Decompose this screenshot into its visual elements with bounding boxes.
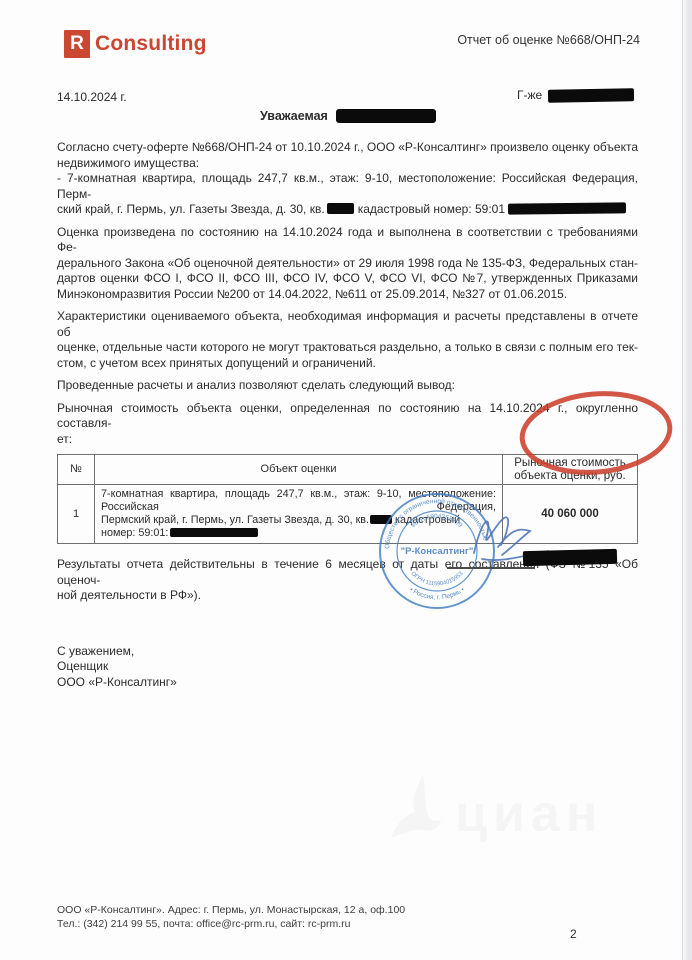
text-line: недвижимого имущества: xyxy=(57,156,638,172)
text-line: Проведенные расчеты и анализ позволяют с… xyxy=(57,378,638,394)
addressee-line: Г-же xyxy=(517,88,634,102)
company-logo: R Consulting xyxy=(64,30,207,58)
text-fragment: кадастровый номер: 59:01 xyxy=(358,202,505,216)
logo-r-icon: R xyxy=(64,30,90,58)
redaction-bar xyxy=(336,109,436,123)
text-line: Рыночная стоимость xyxy=(507,457,633,470)
text-line: оценке, отдельные части которого не могу… xyxy=(57,340,638,356)
text-line: ет: xyxy=(57,432,638,448)
page-number: 2 xyxy=(570,927,577,941)
col-header-object: Объект оценки xyxy=(95,455,503,485)
closing-block: С уважением, Оценщик ООО «Р-Консалтинг» xyxy=(57,644,638,691)
paragraph-market-value: Рыночная стоимость объекта оценки, опред… xyxy=(57,401,638,448)
footer-address: ООО «Р-Консалтинг». Адрес: г. Пермь, ул.… xyxy=(57,903,405,917)
redaction-bar xyxy=(327,203,354,214)
watermark: циан xyxy=(385,768,680,858)
watermark-bird-icon xyxy=(385,768,455,858)
page-edge-shadow xyxy=(682,0,692,960)
letter-date: 14.10.2024 г. xyxy=(57,90,127,104)
text-line: объекта оценки, руб. xyxy=(507,470,633,483)
salutation-text: Уважаемая xyxy=(260,109,328,123)
redaction-bar xyxy=(523,549,617,566)
paragraph-legal: Оценка произведена по состоянию на 14.10… xyxy=(57,225,638,303)
closing-regards: С уважением, xyxy=(57,644,638,660)
text-line: - 7-комнатная квартира, площадь 247,7 кв… xyxy=(57,171,638,202)
text-line: стом, с учетом всех принятых допущений и… xyxy=(57,356,638,372)
text-line: Минэкономразвития России №200 от 14.04.2… xyxy=(57,287,638,303)
redaction-bar xyxy=(548,88,634,102)
redaction-bar xyxy=(508,202,626,214)
cell-number: 1 xyxy=(58,485,95,544)
paragraph-characteristics: Характеристики оцениваемого объекта, нео… xyxy=(57,309,638,371)
footer: ООО «Р-Консалтинг». Адрес: г. Пермь, ул.… xyxy=(57,903,405,931)
text-fragment: ский край, г. Пермь, ул. Газеты Звезда, … xyxy=(57,202,325,216)
text-line: Согласно счету-оферте №668/ОНП-24 от 10.… xyxy=(57,140,638,156)
text-line: Рыночная стоимость объекта оценки, опред… xyxy=(57,401,638,432)
redaction-bar xyxy=(170,528,258,537)
text-line: дерального Закона «Об оценочной деятельн… xyxy=(57,256,638,272)
text-line: ной деятельности в РФ»). xyxy=(57,588,638,604)
logo-wordmark: Consulting xyxy=(95,32,207,56)
stamp-ring-bottom-text: • Россия, г. Пермь • xyxy=(408,586,466,601)
text-line: ский край, г. Пермь, ул. Газеты Звезда, … xyxy=(57,202,638,218)
paragraph-offer: Согласно счету-оферте №668/ОНП-24 от 10.… xyxy=(57,140,638,218)
col-header-value: Рыночная стоимость объекта оценки, руб. xyxy=(503,455,638,485)
footer-contacts: Тел.: (342) 214 99 55, почта: office@rc-… xyxy=(57,917,405,931)
table-header-row: № Объект оценки Рыночная стоимость объек… xyxy=(58,455,638,485)
text-line: Характеристики оцениваемого объекта, нео… xyxy=(57,309,638,340)
col-header-number: № xyxy=(58,455,95,485)
watermark-text: циан xyxy=(455,784,603,844)
text-line: дартов оценки ФСО I, ФСО II, ФСО III, ФС… xyxy=(57,271,638,287)
text-line: Оценка произведена по состоянию на 14.10… xyxy=(57,225,638,256)
salutation-line: Уважаемая xyxy=(260,109,436,123)
letter-body: Согласно счету-оферте №668/ОНП-24 от 10.… xyxy=(57,140,638,690)
closing-role: Оценщик xyxy=(57,659,638,675)
document-page: R Consulting Отчет об оценке №668/ОНП-24… xyxy=(0,0,692,960)
paragraph-conclusion-intro: Проведенные расчеты и анализ позволяют с… xyxy=(57,378,638,394)
addressee-prefix: Г-же xyxy=(517,88,542,102)
report-reference: Отчет об оценке №668/ОНП-24 xyxy=(400,33,640,47)
closing-company: ООО «Р-Консалтинг» xyxy=(57,675,638,691)
text-fragment: Пермский край, г. Пермь, ул. Газеты Звез… xyxy=(101,514,369,526)
